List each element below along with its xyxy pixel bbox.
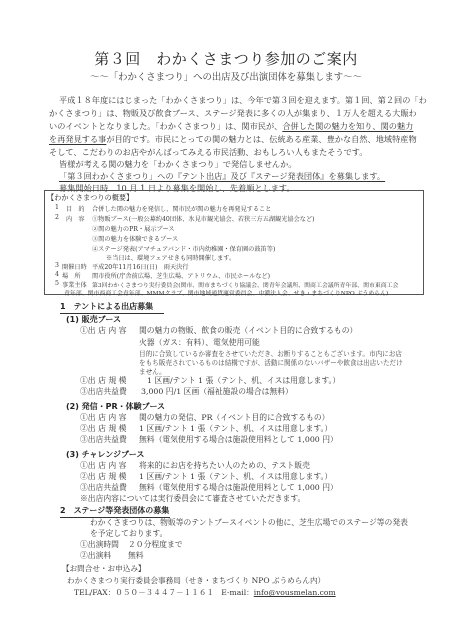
row-note: をもち販売されているものは結構ですが、活動に関係のないバザーや飲食は出店いただけ (139, 357, 403, 367)
overview-num: 2 (55, 214, 59, 221)
overview-text: 関市役所(庁舎前広場、芝生広場、アトリウム、市民ホールなど) (92, 271, 270, 280)
contact-line: TEL/FAX：０５０－３４４７－１１６１ E-mail：info@vousme… (74, 587, 336, 598)
row-label: ①出 店 内 容 (80, 412, 126, 423)
row-label: ①出 店 内 容 (80, 325, 126, 336)
section1-heading: 1 テントによる出店募集 (60, 301, 164, 314)
overview-text: ③関の魅力を体験できるブース (92, 234, 178, 243)
overview-title: 【わかくさまつりの概要】 (47, 193, 133, 203)
section2-text: わかくさまつりは、物販等のテントブースイベントの他に、芝生広場でのステージ等の発… (90, 517, 408, 528)
row-value: ２０分程度まで (128, 539, 183, 550)
row-value: 1 区画/テント 1 張（テント、机、イスは用意します。） (147, 375, 340, 386)
overview-text: 青年部、関市西商工会青年部、MMMクラブ、関市地域通貨運営委員会、中濃法人会、せ… (64, 288, 388, 297)
overview-text: 平成20年11月16日(日) 雨天決行 (92, 262, 189, 271)
row-value: 1 区画/テント 1 張（テント、机、イスは用意します。） (139, 423, 332, 434)
intro-line: いのイベントとなりました。「わかくさまつり」は、関市民が、合併した関の魅力を知り… (49, 120, 413, 133)
page-subtitle: ～～「わかくさまつり」への出店及び出演団体を募集します～～ (0, 69, 452, 83)
intro-text: が目的です。市民にとっての関の魅力とは、伝統ある産業、豊かな自然、地域特産物 (106, 134, 416, 144)
row-label: ①出演時間 (80, 539, 119, 550)
contact-org: わかくさまつり実行委員会事務局（せき・まちづくり NPO ぶうめらん内） (67, 575, 325, 586)
overview-label: 目 的 (66, 204, 85, 213)
intro-line: かくさまつり」は、物販及び飲食ブース、ステージ発表に多くの人が集まり、１万人を超… (49, 107, 417, 120)
row-value: 関の魅力の発信、PR（イベント目的に合致するもの） (139, 412, 329, 423)
row-label: ②出演料 (80, 550, 111, 561)
row-label: ②出 店 規 模 (80, 471, 126, 482)
row-value: 3,000 円/1 区画（福祉施設の場合は無料） (141, 386, 293, 397)
section2-text: を予定しております。 (90, 528, 167, 539)
row-value: 火器（ガス：有料）、電気使用可能 (139, 337, 260, 348)
intro-underline: を再発見する事 (49, 134, 106, 144)
overview-note: ※当日は、環境フェアせきも同時開催します。 (106, 253, 235, 262)
email-link[interactable]: info@vousmelan.com (254, 588, 336, 597)
overview-text: ②関の魅力のPR・展示ブース (92, 224, 175, 233)
overview-text: 合併した関の魅力を発信し、関市民が関の魅力を再発見すること (92, 204, 271, 213)
booth-heading-pr: (2) 発信・PR・体験ブース (66, 401, 165, 412)
overview-text: ①物販ブース(一般公募約40団体、氷見市観光協会、若狭三方五湖観光協会など) (92, 214, 315, 223)
overview-num: 3 (55, 262, 59, 269)
overview-text: ④ステージ発表(アマチュアバンド・市内幼稚園・保育園の鼓笛等) (92, 244, 275, 253)
contact-tel: TEL/FAX：０５０－３４４７－１１６１ (74, 588, 214, 597)
intro-underline: 合併した関の魅力を知り、関の魅力 (282, 121, 413, 131)
overview-num: 5 (55, 280, 59, 287)
row-label: ③出店共益費 (80, 386, 127, 397)
row-label: ②出 店 規 模 (80, 423, 126, 434)
page-title: 第３回 わかくさまつり参加のご案内 (0, 48, 452, 69)
email-label: E-mail： (221, 588, 253, 597)
overview-label: 場 所 (62, 271, 81, 280)
contact-heading: 【お問合せ・お申込み】 (62, 563, 146, 574)
row-value: 無料（電気使用する場合は施設使用料として 1,000 円） (139, 482, 338, 493)
booth-heading-sales: (1) 販売ブース (66, 314, 121, 325)
intro-text: いのイベントとなりました。「わかくさまつり」は、関市民が、 (49, 121, 282, 131)
overview-label: 開催日時 (62, 262, 87, 271)
intro-line: を再発見する事が目的です。市民にとっての関の魅力とは、伝統ある産業、豊かな自然、… (49, 133, 417, 146)
overview-num: 4 (55, 271, 59, 278)
row-label: ③出店共益費 (80, 434, 127, 445)
booth-heading-challenge: (3) チャレンジブース (66, 449, 144, 460)
row-value: 無料 (128, 550, 144, 561)
booth-note: ※出店内容については実行委員会にて審査させていただきます。 (80, 493, 305, 504)
row-value: 無料（電気使用する場合は施設使用料として 1,000 円） (139, 434, 338, 445)
intro-line: 平成１８年度にはじまった「わかくさまつり」は、今年で第３回を迎えます。第１回、第… (59, 94, 427, 107)
row-label: ①出 店 規 模 (80, 375, 126, 386)
overview-num: 1 (55, 204, 59, 211)
row-value: 1 区画/テント 1 張（テント、机、イスは用意します。） (139, 471, 332, 482)
overview-label: 内 容 (66, 214, 85, 223)
row-label: ①出 店 内 容 (80, 460, 126, 471)
row-value: 将来的にお店を持ちたい人のための、テスト販売 (139, 460, 310, 471)
row-value: 関の魅力の物販、飲食の販売（イベント目的に合致するもの） (139, 325, 357, 336)
row-label: ③出店共益費 (80, 482, 127, 493)
